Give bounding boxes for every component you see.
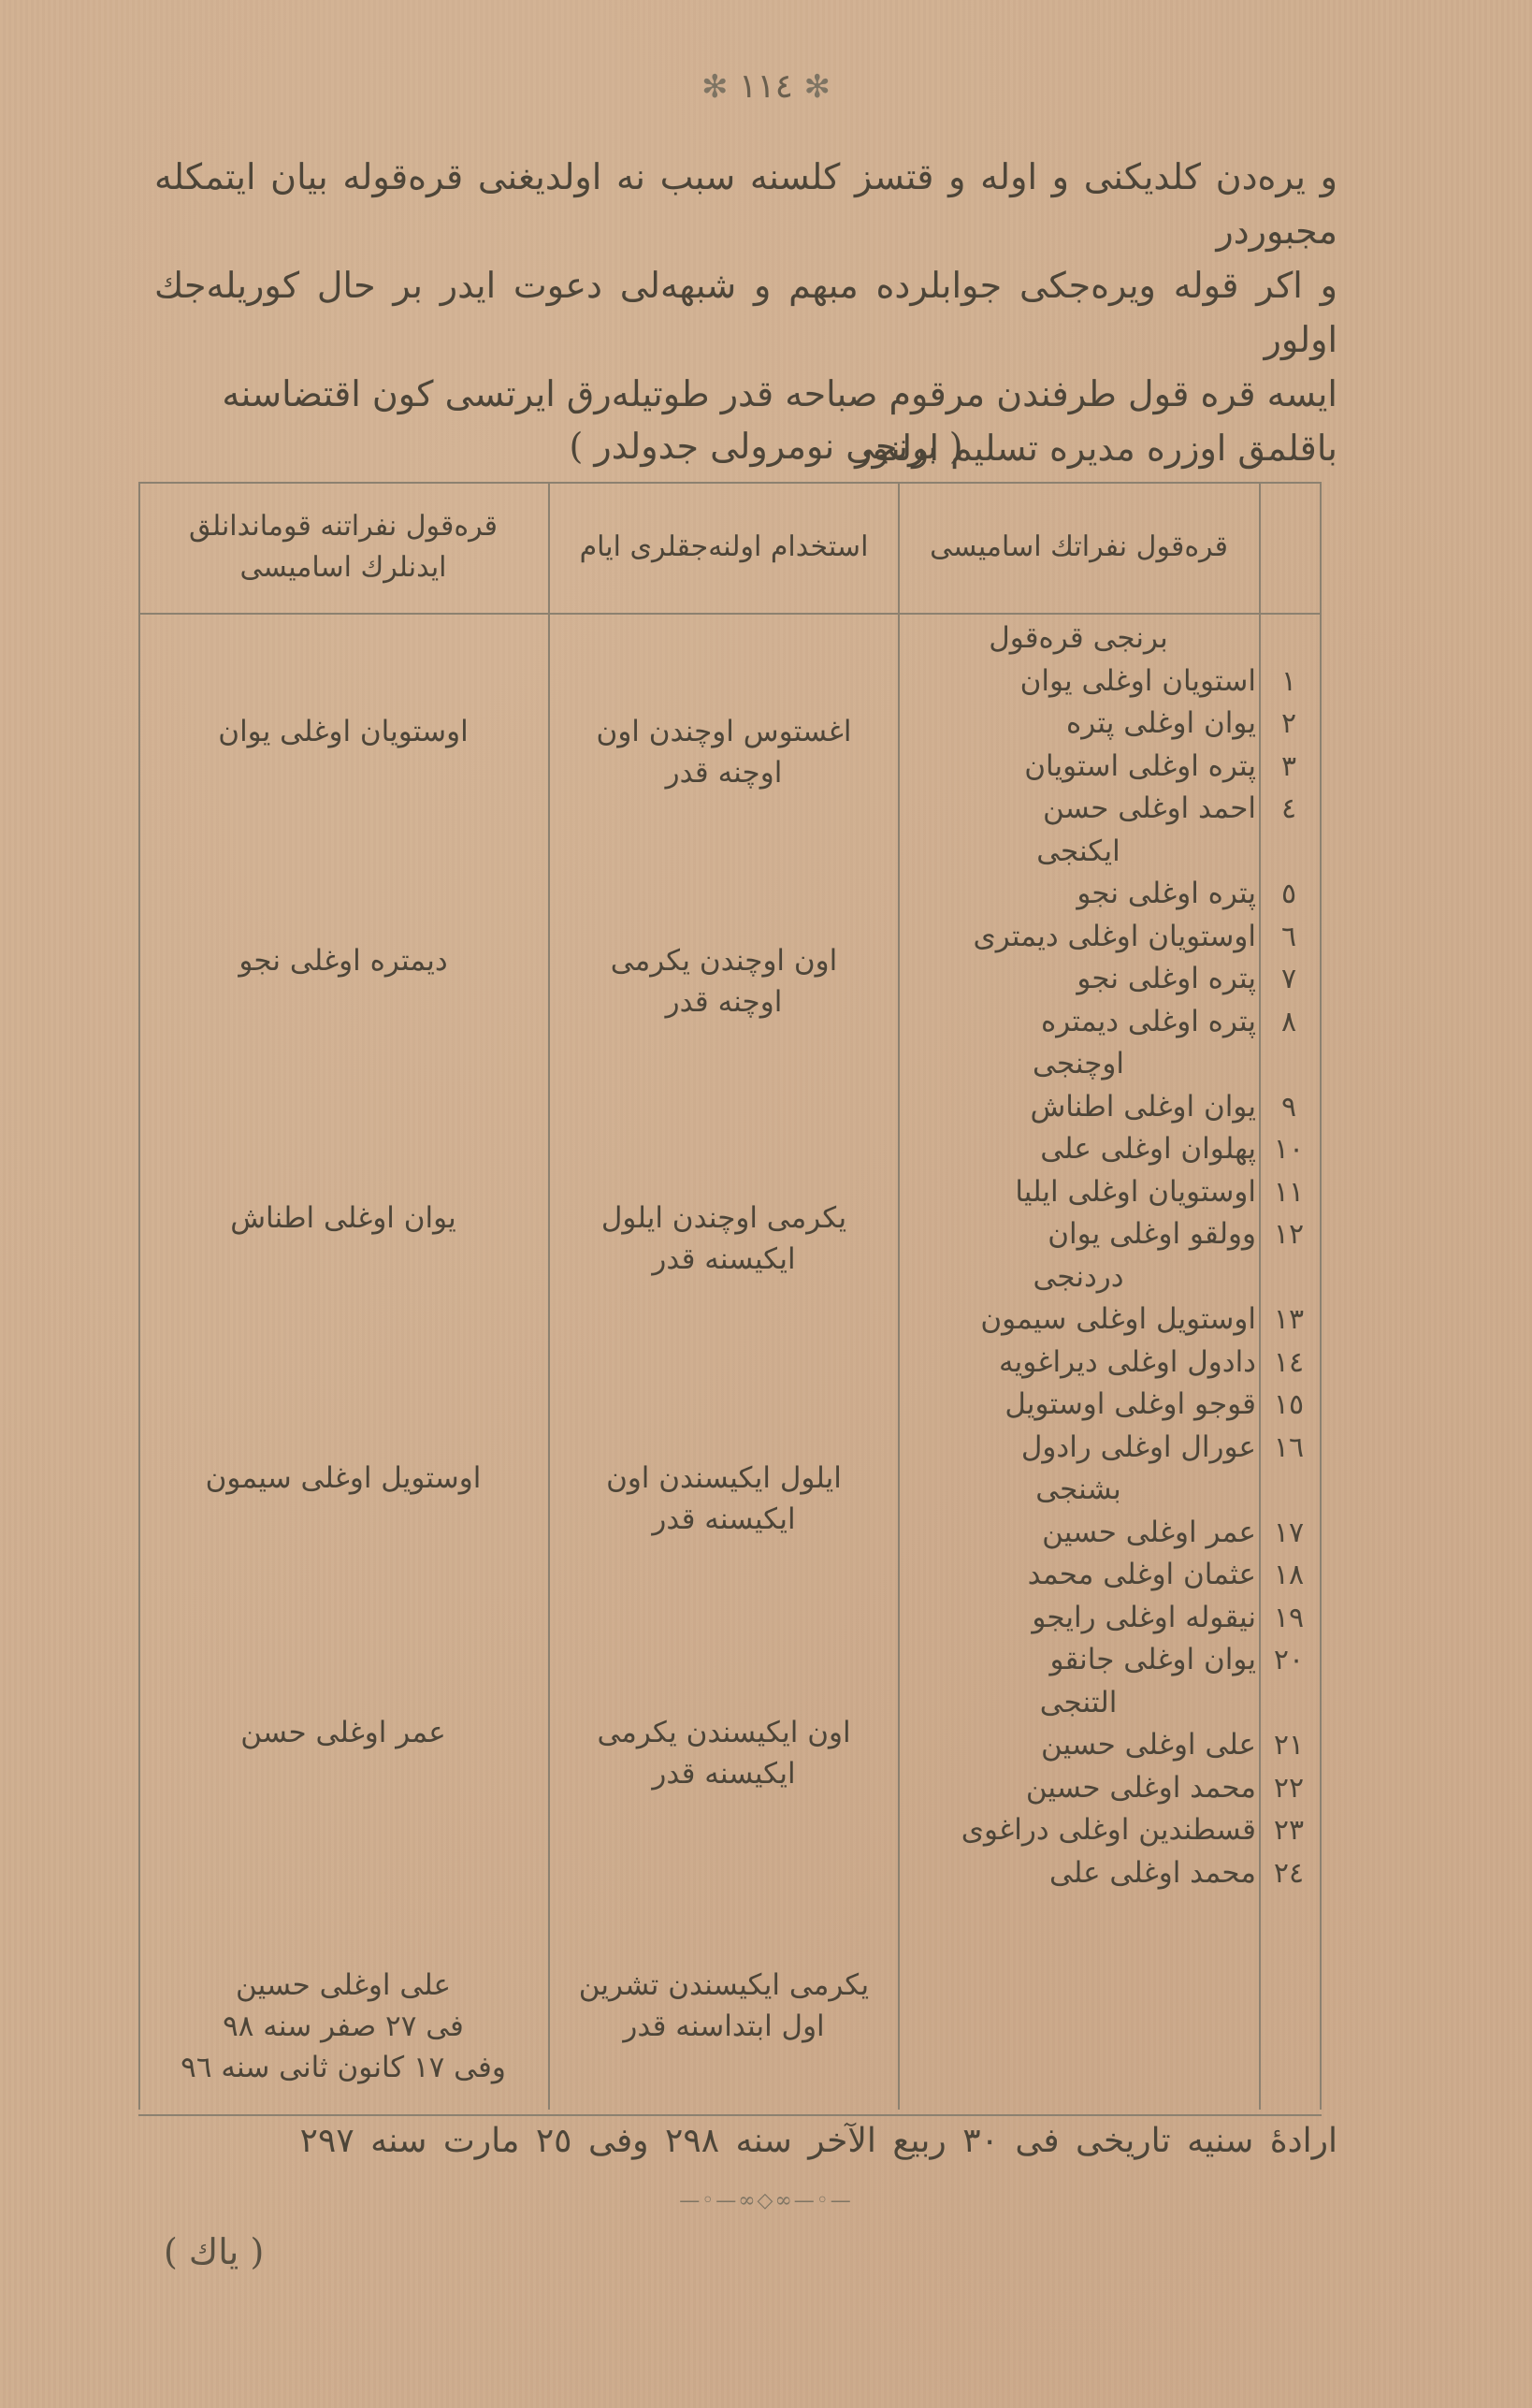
row-number: [1261, 1682, 1317, 1725]
guard-group-label: برنجی قره‌قول: [901, 617, 1256, 660]
row-number: [1261, 1469, 1317, 1512]
service-days-cell: یکرمی ایکیسندن تشرین اول ابتداسنه قدر: [555, 1965, 893, 2047]
row-number: [1261, 831, 1317, 874]
commander-cell: دیمتره اوغلی نجو: [143, 940, 543, 981]
table-title: ( برنجی نومرولی جدولدر ): [0, 426, 1532, 467]
document-page: ✻ ١١٤ ✻ و یرەدن کلدیکنی و اوله و قتسز کل…: [0, 0, 1532, 2408]
guard-group-label: ایکنجی: [901, 831, 1256, 874]
guard-names-column: برنجی قره‌قول استویان اوغلی یوان یوان او…: [901, 617, 1256, 1894]
row-number: ٢٤: [1261, 1852, 1317, 1895]
guard-name: نیقوله اوغلی رایجو: [901, 1597, 1256, 1640]
service-days-cell: ایلول ایکیسندن اون ایکیسنه قدر: [555, 1458, 893, 1540]
row-number: ١٣: [1261, 1298, 1317, 1342]
guard-name: عمر اوغلی حسین: [901, 1512, 1256, 1555]
row-number: ١٨: [1261, 1554, 1317, 1597]
guard-name: یوان اوغلی اطناش: [901, 1086, 1256, 1129]
row-number: ١٠: [1261, 1128, 1317, 1171]
service-days-line: اوچنه قدر: [555, 981, 893, 1023]
row-number: ١: [1261, 660, 1317, 704]
column-divider: [138, 482, 140, 2110]
service-days-line: ایکیسنه قدر: [555, 1499, 893, 1540]
commander-cell: عمر اوغلی حسن: [143, 1712, 543, 1753]
guard-name: پتره اوغلی نجو: [901, 873, 1256, 916]
table-border-bottom: [138, 2114, 1322, 2116]
row-number: [1261, 1256, 1317, 1299]
row-number: ١٤: [1261, 1342, 1317, 1385]
irade-date-line: ارادهٔ سنیه تاریخی فی ٣٠ ربیع الآخر سنه …: [122, 2122, 1337, 2160]
guard-name: پهلوان اوغلی علی: [901, 1128, 1256, 1171]
row-number: ٨: [1261, 1001, 1317, 1044]
guard-group-label: التنجی: [901, 1682, 1256, 1725]
service-days-cell: یکرمی اوچندن ایلول ایکیسنه قدر: [555, 1197, 893, 1280]
guard-schedule-table: قره‌قول نفراتنه قوماندانلق ایدنلرك اسامی…: [138, 482, 1322, 2110]
service-days-line: اول ابتداسنه قدر: [555, 2006, 893, 2047]
row-number: ٥: [1261, 873, 1317, 916]
guard-name: پتره اوغلی دیمتره: [901, 1001, 1256, 1044]
paragraph-line: ایسه قره قول طرفندن مرقوم صباحه قدر طوتی…: [154, 367, 1337, 421]
service-days-line: اوچنه قدر: [555, 752, 893, 793]
page-number: ١١٤: [739, 67, 793, 106]
row-number: ١٥: [1261, 1384, 1317, 1427]
row-number: ٦: [1261, 916, 1317, 959]
row-number: ١٢: [1261, 1213, 1317, 1256]
service-days-line: ایکیسنه قدر: [555, 1753, 893, 1794]
guard-name: احمد اوغلی حسن: [901, 788, 1256, 831]
signature-date-line: وفی ١٧ کانون ثانی سنه ٩٦: [143, 2047, 543, 2088]
signature-date-line: فی ٢٧ صفر سنه ٩٨: [143, 2006, 543, 2047]
guard-name: یوان اوغلی پتره: [901, 703, 1256, 746]
commander-name: علی اوغلی حسین: [143, 1965, 543, 2006]
flower-ornament-icon: ✻: [803, 68, 831, 106]
column-divider: [1320, 482, 1322, 2110]
service-days-line: یکرمی ایکیسندن تشرین: [555, 1965, 893, 2006]
guard-name: عورال اوغلی رادول: [901, 1427, 1256, 1470]
guard-group-label: اوچنجی: [901, 1043, 1256, 1086]
column-divider: [898, 482, 900, 2110]
guard-name: اوستویل اوغلی سیمون: [901, 1298, 1256, 1342]
row-number: ١٧: [1261, 1512, 1317, 1555]
row-number: ٣: [1261, 746, 1317, 789]
row-number: ١١: [1261, 1171, 1317, 1214]
commander-cell: اوستویان اوغلی یوان: [143, 711, 543, 752]
guard-name: اوستویان اوغلی ایلیا: [901, 1171, 1256, 1214]
service-days-line: اون ایکیسندن یکرمی: [555, 1712, 893, 1753]
guard-name: عثمان اوغلی محمد: [901, 1554, 1256, 1597]
service-days-line: یکرمی اوچندن ایلول: [555, 1197, 893, 1239]
service-days-line: ایلول ایکیسندن اون: [555, 1458, 893, 1499]
guard-name: قوجو اوغلی اوستویل: [901, 1384, 1256, 1427]
guard-name: یوان اوغلی جانقو: [901, 1639, 1256, 1682]
row-number: ٢: [1261, 703, 1317, 746]
row-number: ١٩: [1261, 1597, 1317, 1640]
flower-ornament-icon: ✻: [701, 68, 729, 106]
header-commander-names: قره‌قول نفراتنه قوماندانلق ایدنلرك اسامی…: [143, 491, 543, 603]
row-number: ٧: [1261, 958, 1317, 1001]
catchword: ( یاك ): [164, 2231, 264, 2272]
row-number: ٤: [1261, 788, 1317, 831]
service-days-line: ایکیسنه قدر: [555, 1239, 893, 1280]
row-number: ٩: [1261, 1086, 1317, 1129]
header-service-days: استخدام اولنه‌جقلری ایام: [555, 491, 893, 603]
page-number-header: ✻ ١١٤ ✻: [0, 67, 1532, 106]
commander-cell: اوستویل اوغلی سیمون: [143, 1458, 543, 1499]
header-number: [1264, 491, 1315, 603]
header-guard-names: قره‌قول نفراتك اسامیسی: [903, 491, 1254, 603]
table-border-top: [138, 482, 1322, 484]
service-days-cell: اون ایکیسندن یکرمی ایکیسنه قدر: [555, 1712, 893, 1794]
guard-group-label: دردنجی: [901, 1256, 1256, 1299]
guard-name: استویان اوغلی یوان: [901, 660, 1256, 704]
service-days-line: اغستوس اوچندن اون: [555, 711, 893, 752]
guard-name: پتره اوغلی نجو: [901, 958, 1256, 1001]
column-divider: [548, 482, 550, 2110]
guard-name: علی اوغلی حسین: [901, 1724, 1256, 1767]
row-number-column: ١ ٢ ٣ ٤ ٥ ٦ ٧ ٨ ٩ ١٠ ١١ ١٢ ١٣ ١٤ ١٥ ١٦ ١…: [1261, 617, 1317, 1894]
row-number: ٢١: [1261, 1724, 1317, 1767]
row-number: ٢٣: [1261, 1809, 1317, 1852]
guard-group-label: بشنجی: [901, 1469, 1256, 1512]
row-number: ٢٢: [1261, 1767, 1317, 1810]
guard-name: پتره اوغلی استویان: [901, 746, 1256, 789]
row-number: ١٦: [1261, 1427, 1317, 1470]
paragraph-line: و اکر قوله ویره‌جکی جوابلرده مبهم و شبهه…: [154, 258, 1337, 367]
guard-name: اوستویان اوغلی دیمتری: [901, 916, 1256, 959]
row-number: [1261, 617, 1317, 660]
row-number: [1261, 1043, 1317, 1086]
section-divider-ornament: —◦—∞◇∞—◦—: [0, 2189, 1532, 2212]
row-number: ٢٠: [1261, 1639, 1317, 1682]
guard-name: قسطندین اوغلی دراغوی: [901, 1809, 1256, 1852]
guard-name: محمد اوغلی علی: [901, 1852, 1256, 1895]
header-divider: [138, 613, 1322, 615]
service-days-cell: اون اوچندن یکرمی اوچنه قدر: [555, 940, 893, 1023]
service-days-cell: اغستوس اوچندن اون اوچنه قدر: [555, 711, 893, 793]
commander-cell: یوان اوغلی اطناش: [143, 1197, 543, 1239]
paragraph-line: و یرەدن کلدیکنی و اوله و قتسز کلسنه سبب …: [154, 150, 1337, 258]
guard-name: محمد اوغلی حسین: [901, 1767, 1256, 1810]
service-days-line: اون اوچندن یکرمی: [555, 940, 893, 981]
guard-name: وولقو اوغلی یوان: [901, 1213, 1256, 1256]
guard-name: دادول اوغلی دیراغویه: [901, 1342, 1256, 1385]
commander-cell: علی اوغلی حسین فی ٢٧ صفر سنه ٩٨ وفی ١٧ ک…: [143, 1965, 543, 2088]
